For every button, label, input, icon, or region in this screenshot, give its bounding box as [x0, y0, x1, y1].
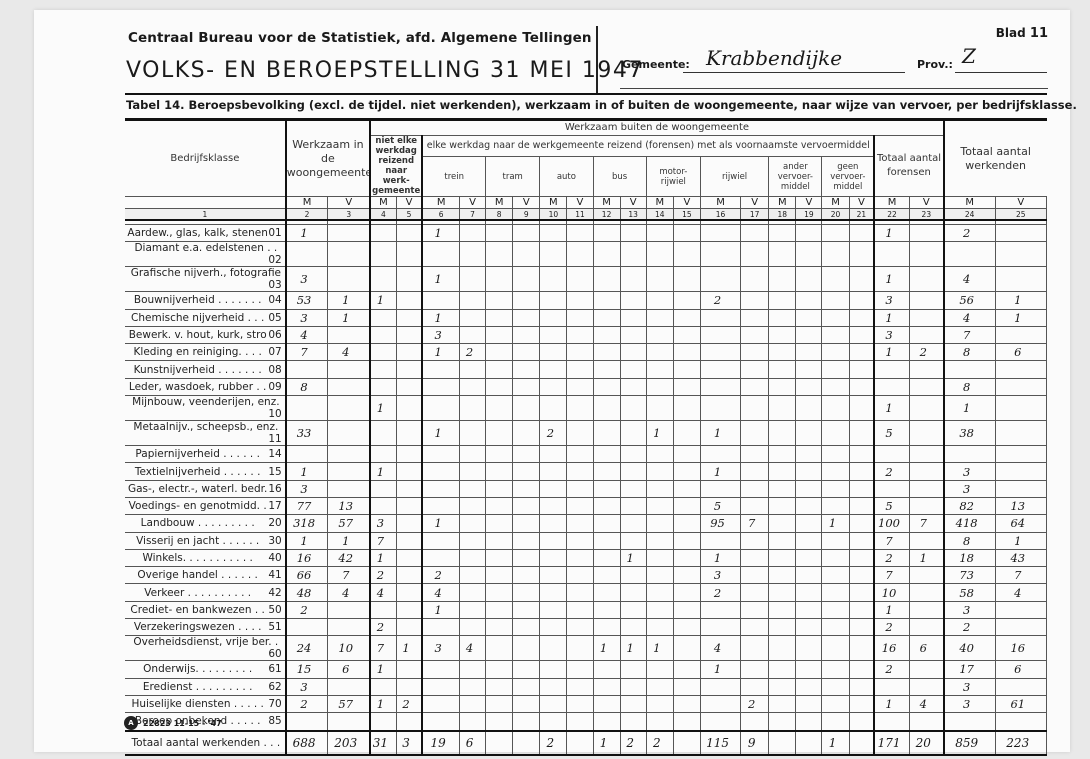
value-cell	[422, 549, 459, 566]
value-cell	[822, 695, 849, 712]
value-cell	[620, 309, 646, 326]
value-cell	[796, 695, 822, 712]
column-number: 11	[567, 209, 593, 221]
value-cell: 3	[286, 267, 328, 292]
value-cell: 1	[370, 292, 396, 309]
value-cell: 3	[944, 463, 995, 480]
value-cell: 2	[944, 619, 995, 636]
column-number: 21	[849, 209, 874, 221]
value-cell	[796, 242, 822, 267]
header-totaal-forensen: Totaal aantal forensen	[874, 136, 944, 197]
value-cell: 2	[874, 619, 909, 636]
value-cell	[486, 446, 513, 463]
value-cell: 4	[370, 584, 396, 601]
value-cell: 3	[422, 326, 459, 343]
column-number: 1	[125, 209, 286, 221]
value-cell: 2	[370, 619, 396, 636]
value-cell	[459, 326, 485, 343]
value-cell	[540, 532, 567, 549]
value-cell: 13	[995, 497, 1046, 514]
value-cell: 1	[593, 731, 620, 755]
value-cell	[620, 242, 646, 267]
row-label: Grafische nijverh., fotografie03	[125, 267, 286, 292]
value-cell	[944, 713, 995, 731]
value-cell: 7	[944, 326, 995, 343]
value-cell	[370, 497, 396, 514]
value-cell	[422, 695, 459, 712]
value-cell	[741, 421, 769, 446]
table-row: Onderwijs. . . . . . . . .61156112176	[125, 661, 1047, 678]
value-cell	[540, 584, 567, 601]
value-cell	[822, 378, 849, 395]
value-cell	[328, 378, 370, 395]
value-cell: 1	[422, 225, 459, 242]
value-cell	[700, 619, 740, 636]
value-cell	[513, 267, 540, 292]
value-cell	[328, 678, 370, 695]
census-table: Bedrijfsklasse Werkzaam in de woongemeen…	[125, 118, 1047, 756]
value-cell: 1	[874, 267, 909, 292]
value-cell	[567, 396, 593, 421]
value-cell	[700, 713, 740, 731]
bedrijfsklasse-name: Aardew., glas, kalk, stenen	[127, 227, 268, 239]
value-cell	[822, 309, 849, 326]
row-label: Leder, wasdoek, rubber . .09	[125, 378, 286, 395]
value-cell: 2	[620, 731, 646, 755]
bedrijfsklasse-code: 17	[268, 500, 284, 512]
value-cell: 31	[370, 731, 396, 755]
bedrijfsklasse-code: 01	[268, 227, 284, 239]
value-cell	[459, 378, 485, 395]
row-label: Gas-, electr.-, waterl. bedr.16	[125, 480, 286, 497]
value-cell	[540, 292, 567, 309]
value-cell: 18	[944, 549, 995, 566]
value-cell: 7	[995, 567, 1046, 584]
value-cell	[459, 361, 485, 378]
value-cell	[422, 678, 459, 695]
value-cell	[459, 532, 485, 549]
row-label: Bewerk. v. hout, kurk, stro06	[125, 326, 286, 343]
value-cell	[646, 225, 673, 242]
value-cell	[849, 584, 874, 601]
value-cell	[567, 480, 593, 497]
value-cell	[459, 678, 485, 695]
value-cell	[513, 731, 540, 755]
value-cell	[567, 549, 593, 566]
value-cell	[422, 242, 459, 267]
bedrijfsklasse-name: Crediet- en bankwezen . .	[130, 604, 264, 616]
value-cell: 1	[646, 636, 673, 661]
header-v: V	[620, 197, 646, 209]
value-cell	[486, 378, 513, 395]
value-cell: 16	[286, 549, 328, 566]
value-cell	[796, 480, 822, 497]
value-cell: 8	[944, 532, 995, 549]
table-row: Crediet- en bankwezen . .502113	[125, 601, 1047, 618]
header-bedrijfsklasse: Bedrijfsklasse	[125, 120, 286, 197]
value-cell	[567, 731, 593, 755]
value-cell	[486, 636, 513, 661]
value-cell	[646, 584, 673, 601]
value-cell	[286, 713, 328, 731]
value-cell	[328, 361, 370, 378]
table-row: Diamant e.a. edelstenen . .02	[125, 242, 1047, 267]
value-cell: 5	[874, 421, 909, 446]
value-cell	[328, 446, 370, 463]
value-cell: 1	[874, 601, 909, 618]
value-cell	[741, 326, 769, 343]
value-cell	[459, 267, 485, 292]
value-cell	[396, 267, 422, 292]
value-cell	[328, 267, 370, 292]
value-cell	[486, 601, 513, 618]
value-cell	[995, 326, 1046, 343]
value-cell: 3	[944, 480, 995, 497]
value-cell	[995, 421, 1046, 446]
value-cell	[849, 601, 874, 618]
value-cell	[700, 361, 740, 378]
value-cell	[673, 515, 700, 532]
value-cell	[540, 661, 567, 678]
value-cell: 1	[874, 396, 909, 421]
value-cell	[620, 497, 646, 514]
value-cell	[769, 480, 796, 497]
bedrijfsklasse-code: 70	[268, 698, 284, 710]
value-cell	[822, 396, 849, 421]
value-cell	[328, 463, 370, 480]
header-m: M	[646, 197, 673, 209]
value-cell	[567, 309, 593, 326]
value-cell	[741, 463, 769, 480]
value-cell	[822, 636, 849, 661]
print-footer: A 22823 11-15 - '47	[124, 716, 222, 730]
value-cell: 2	[874, 463, 909, 480]
value-cell	[646, 361, 673, 378]
value-cell	[673, 242, 700, 267]
header-m: M	[700, 197, 740, 209]
value-cell	[540, 713, 567, 731]
header-m: M	[370, 197, 396, 209]
header-werkzaam-in: Werkzaam in de woongemeente	[286, 120, 370, 197]
table-row: Winkels. . . . . . . . . . .401642111211…	[125, 549, 1047, 566]
value-cell: 1	[422, 601, 459, 618]
value-cell: 6	[909, 636, 943, 661]
value-cell	[396, 549, 422, 566]
value-cell	[822, 549, 849, 566]
value-cell: 1	[422, 309, 459, 326]
value-cell	[620, 619, 646, 636]
value-cell: 15	[286, 661, 328, 678]
value-cell: 3	[286, 678, 328, 695]
value-cell	[741, 532, 769, 549]
value-cell	[646, 480, 673, 497]
value-cell	[540, 361, 567, 378]
bedrijfsklasse-code: 09	[268, 381, 284, 393]
header-ander-vervoermiddel: ander vervoer- middel	[769, 157, 822, 197]
value-cell	[769, 567, 796, 584]
column-number: 13	[620, 209, 646, 221]
value-cell	[769, 446, 796, 463]
value-cell	[673, 361, 700, 378]
bedrijfsklasse-name: Verkeer . . . . . . . . . .	[144, 587, 251, 599]
value-cell	[513, 225, 540, 242]
value-cell	[909, 678, 943, 695]
value-cell	[593, 446, 620, 463]
value-cell	[673, 463, 700, 480]
value-cell: 7	[741, 515, 769, 532]
bedrijfsklasse-name: Bouwnijverheid . . . . . . .	[134, 294, 262, 306]
value-cell	[909, 661, 943, 678]
value-cell	[646, 678, 673, 695]
table-row: Visserij en jacht . . . . . .30117781	[125, 532, 1047, 549]
value-cell: 1	[370, 549, 396, 566]
value-cell	[849, 446, 874, 463]
table-row: Bouwnijverheid . . . . . . .04531123561	[125, 292, 1047, 309]
value-cell	[849, 361, 874, 378]
value-cell	[620, 678, 646, 695]
value-cell	[673, 713, 700, 731]
value-cell	[995, 361, 1046, 378]
value-cell	[646, 549, 673, 566]
row-label: Verzekeringswezen . . . .51	[125, 619, 286, 636]
value-cell: 4	[944, 267, 995, 292]
value-cell	[909, 326, 943, 343]
value-cell	[796, 678, 822, 695]
value-cell	[486, 567, 513, 584]
value-cell	[995, 225, 1046, 242]
value-cell	[909, 463, 943, 480]
value-cell: 42	[328, 549, 370, 566]
value-cell	[593, 267, 620, 292]
value-cell: 16	[874, 636, 909, 661]
value-cell	[849, 549, 874, 566]
value-cell	[620, 515, 646, 532]
value-cell	[796, 713, 822, 731]
value-cell	[459, 619, 485, 636]
value-cell	[822, 421, 849, 446]
bedrijfsklasse-name: Overige handel . . . . . .	[137, 569, 257, 581]
value-cell	[849, 497, 874, 514]
value-cell	[822, 678, 849, 695]
value-cell: 1	[593, 636, 620, 661]
value-cell	[741, 446, 769, 463]
value-cell	[646, 567, 673, 584]
value-cell	[396, 619, 422, 636]
value-cell	[700, 396, 740, 421]
header-m: M	[486, 197, 513, 209]
table-row: Leder, wasdoek, rubber . .0988	[125, 378, 1047, 395]
bedrijfsklasse-name: Papiernijverheid . . . . . .	[135, 448, 260, 460]
value-cell	[849, 532, 874, 549]
value-cell: 1	[328, 292, 370, 309]
value-cell	[567, 678, 593, 695]
value-cell	[513, 242, 540, 267]
value-cell	[796, 731, 822, 755]
bedrijfsklasse-code: 11	[268, 433, 284, 445]
value-cell	[540, 225, 567, 242]
value-cell: 7	[909, 515, 943, 532]
value-cell: 1	[874, 344, 909, 361]
value-cell	[513, 421, 540, 446]
value-cell	[822, 619, 849, 636]
header-v: V	[673, 197, 700, 209]
value-cell	[769, 549, 796, 566]
value-cell: 223	[995, 731, 1046, 755]
value-cell	[540, 567, 567, 584]
value-cell	[486, 549, 513, 566]
table-row: Kleding en reiniging. . . .0774121286	[125, 344, 1047, 361]
value-cell	[513, 326, 540, 343]
value-cell	[909, 309, 943, 326]
header-m: M	[822, 197, 849, 209]
value-cell	[422, 378, 459, 395]
value-cell	[513, 678, 540, 695]
value-cell	[328, 421, 370, 446]
value-cell: 7	[286, 344, 328, 361]
value-cell	[540, 619, 567, 636]
value-cell	[796, 463, 822, 480]
value-cell	[849, 326, 874, 343]
value-cell: 73	[944, 567, 995, 584]
value-cell	[486, 731, 513, 755]
header-werkzaam-in-text: Werkzaam in de woongemeente	[287, 138, 370, 179]
value-cell	[540, 695, 567, 712]
value-cell: 53	[286, 292, 328, 309]
value-cell	[593, 463, 620, 480]
value-cell: 1	[995, 309, 1046, 326]
value-cell	[286, 242, 328, 267]
value-cell	[396, 678, 422, 695]
value-cell	[593, 378, 620, 395]
bedrijfsklasse-name: Landbouw . . . . . . . . .	[141, 517, 255, 529]
value-cell	[769, 292, 796, 309]
value-cell	[769, 225, 796, 242]
gemeente-value: Krabbendijke	[706, 46, 842, 70]
value-cell	[796, 619, 822, 636]
value-cell	[741, 292, 769, 309]
value-cell	[593, 480, 620, 497]
value-cell: 10	[328, 636, 370, 661]
value-cell	[370, 601, 396, 618]
value-cell	[796, 601, 822, 618]
value-cell	[822, 344, 849, 361]
value-cell	[769, 242, 796, 267]
value-cell	[741, 225, 769, 242]
row-label: Kleding en reiniging. . . .07	[125, 344, 286, 361]
value-cell	[673, 678, 700, 695]
value-cell	[486, 225, 513, 242]
value-cell	[673, 549, 700, 566]
value-cell	[620, 584, 646, 601]
value-cell	[370, 480, 396, 497]
header-v: V	[328, 197, 370, 209]
value-cell	[646, 378, 673, 395]
value-cell	[486, 480, 513, 497]
value-cell	[328, 713, 370, 731]
value-cell	[396, 361, 422, 378]
value-cell	[328, 601, 370, 618]
table-title: Tabel 14. Beroepsbevolking (excl. de tij…	[126, 98, 1077, 112]
value-cell	[513, 713, 540, 731]
value-cell	[620, 344, 646, 361]
value-cell	[459, 497, 485, 514]
value-cell	[396, 584, 422, 601]
value-cell	[540, 497, 567, 514]
column-number: 18	[769, 209, 796, 221]
row-label: Metaalnijv., scheepsb., enz.11	[125, 421, 286, 446]
bedrijfsklasse-code: 20	[268, 517, 284, 529]
value-cell	[673, 480, 700, 497]
bedrijfsklasse-code: 02	[268, 254, 284, 266]
column-number: 5	[396, 209, 422, 221]
bedrijfsklasse-name: Leder, wasdoek, rubber . .	[129, 381, 266, 393]
value-cell	[567, 584, 593, 601]
value-cell	[769, 619, 796, 636]
value-cell: 1	[874, 309, 909, 326]
value-cell	[796, 225, 822, 242]
value-cell	[486, 678, 513, 695]
value-cell	[646, 446, 673, 463]
value-cell	[995, 480, 1046, 497]
value-cell: 1	[995, 532, 1046, 549]
row-label: Onderwijs. . . . . . . . .61	[125, 661, 286, 678]
value-cell	[673, 584, 700, 601]
value-cell	[646, 497, 673, 514]
value-cell	[822, 446, 849, 463]
value-cell	[874, 361, 909, 378]
row-label: Totaal aantal werkenden . . .	[125, 731, 286, 755]
value-cell	[874, 446, 909, 463]
value-cell	[769, 661, 796, 678]
value-cell	[673, 344, 700, 361]
row-label: Voedings- en genotmidd. .17	[125, 497, 286, 514]
value-cell	[396, 446, 422, 463]
value-cell: 418	[944, 515, 995, 532]
row-label: Eredienst . . . . . . . . .62	[125, 678, 286, 695]
value-cell	[396, 713, 422, 731]
value-cell	[769, 463, 796, 480]
value-cell: 4	[422, 584, 459, 601]
value-cell	[796, 549, 822, 566]
value-cell	[822, 361, 849, 378]
value-cell	[741, 713, 769, 731]
value-cell	[422, 396, 459, 421]
value-cell: 1	[700, 463, 740, 480]
value-cell	[567, 601, 593, 618]
value-cell: 1	[422, 344, 459, 361]
value-cell	[513, 636, 540, 661]
value-cell	[741, 480, 769, 497]
value-cell	[673, 532, 700, 549]
value-cell: 5	[874, 497, 909, 514]
table-row: Chemische nijverheid . . .05311141	[125, 309, 1047, 326]
bedrijfsklasse-code: 41	[268, 569, 284, 581]
printer-logo-icon: A	[124, 716, 138, 730]
value-cell: 1	[328, 532, 370, 549]
value-cell	[459, 309, 485, 326]
value-cell	[620, 601, 646, 618]
bedrijfsklasse-code: 14	[268, 448, 284, 460]
bedrijfsklasse-code: 16	[268, 483, 284, 495]
value-cell	[540, 463, 567, 480]
bedrijfsklasse-name: Eredienst . . . . . . . . .	[143, 681, 253, 693]
value-cell: 57	[328, 515, 370, 532]
bedrijfsklasse-name: Metaalnijv., scheepsb., enz.	[133, 421, 278, 433]
value-cell	[540, 242, 567, 267]
value-cell	[459, 242, 485, 267]
value-cell	[822, 601, 849, 618]
value-cell	[769, 695, 796, 712]
